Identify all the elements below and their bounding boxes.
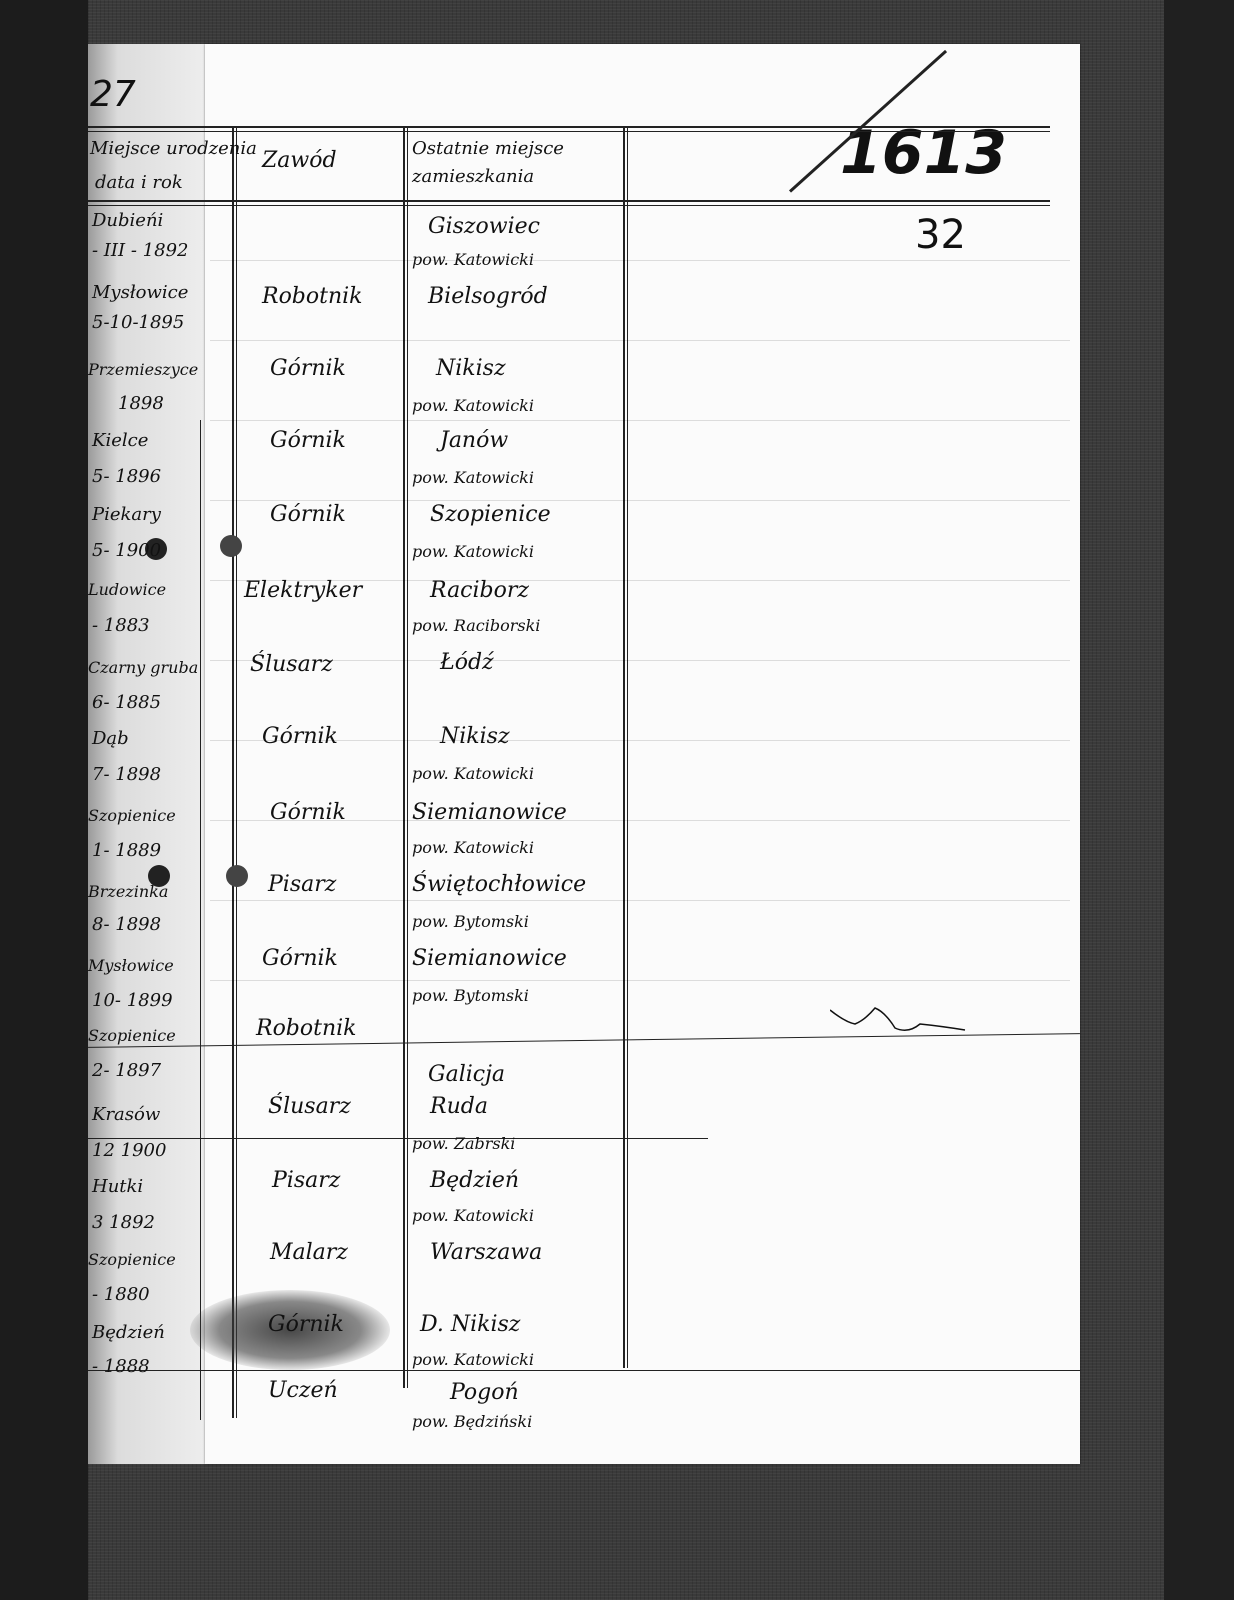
row-birth-date: 1898	[118, 393, 164, 414]
row-birth-place: Ludowice	[88, 580, 166, 599]
column-rule-occupation	[403, 128, 405, 1388]
row-birth-date: 12 1900	[92, 1140, 166, 1161]
row-residence: Siemianowice	[412, 800, 567, 825]
row-birth-date: - 1880	[92, 1284, 150, 1305]
row-birth-place: Dubieńi	[92, 210, 163, 231]
column-rule-residence	[623, 128, 625, 1368]
row-birth-place: Piekary	[92, 504, 161, 525]
row-birth-place: Szopienice	[88, 1026, 176, 1045]
row-birth-date: 5- 1896	[92, 466, 161, 487]
row-district: pow. Katowicki	[412, 1206, 534, 1225]
row-birth-place: Kielce	[92, 430, 148, 451]
row-birth-date: 10- 1899	[92, 990, 173, 1011]
row-residence: Szopienice	[430, 502, 551, 527]
pen-squiggle	[830, 1000, 970, 1040]
row-occupation: Ślusarz	[268, 1094, 351, 1119]
row-residence: Pogoń	[450, 1380, 519, 1405]
row-birth-date: 8- 1898	[92, 914, 161, 935]
row-residence: Będzień	[430, 1168, 519, 1193]
column-rule-left	[200, 420, 201, 1420]
header-occupation: Zawód	[262, 148, 337, 173]
row-birth-place: Szopienice	[88, 1250, 176, 1269]
row-residence: Łódź	[440, 650, 494, 675]
ledger-line	[210, 980, 1070, 981]
row-district: pow. Bytomski	[412, 912, 529, 931]
row-district: pow. Katowicki	[412, 468, 534, 487]
row-occupation: Górnik	[270, 428, 346, 453]
row-residence: Nikisz	[436, 356, 506, 381]
row-birth-date: - III - 1892	[92, 240, 188, 261]
row-district: pow. Katowicki	[412, 396, 534, 415]
row-occupation: Pisarz	[272, 1168, 340, 1193]
row-birth-date: 5-10-1895	[92, 312, 184, 333]
header-birth-line1: Miejsce urodzenia	[90, 138, 257, 159]
row-residence: Raciborz	[430, 578, 529, 603]
row-district: pow. Raciborski	[412, 616, 540, 635]
row-occupation: Górnik	[268, 1312, 344, 1337]
binding-hole	[226, 865, 248, 887]
binding-hole	[220, 535, 242, 557]
row-occupation: Robotnik	[256, 1016, 357, 1041]
row-occupation: Pisarz	[268, 872, 336, 897]
row-birth-date: 7- 1898	[92, 764, 161, 785]
ledger-line	[210, 260, 1070, 261]
row-district: pow. Katowicki	[412, 250, 534, 269]
row-district: pow. Katowicki	[412, 838, 534, 857]
row-birth-date: 1- 1889	[92, 840, 161, 861]
row-residence: Warszawa	[430, 1240, 542, 1265]
row-birth-date: - 1888	[92, 1356, 150, 1377]
row-birth-place: Przemieszyce	[88, 360, 198, 379]
row-occupation: Górnik	[262, 946, 338, 971]
row-occupation: Górnik	[270, 356, 346, 381]
row-birth-date: 5- 1900	[92, 540, 161, 561]
row-birth-place: Dąb	[92, 728, 129, 749]
row-birth-place: Krasów	[92, 1104, 160, 1125]
header-residence-line1: Ostatnie miejsce	[412, 138, 564, 159]
row-residence: D. Nikisz	[420, 1312, 520, 1337]
row-district: pow. Bytomski	[412, 986, 529, 1005]
row-birth-date: 3 1892	[92, 1212, 155, 1233]
folio-number-crossed: 1613	[840, 118, 1007, 188]
row-occupation: Malarz	[270, 1240, 348, 1265]
row-birth-date: - 1883	[92, 615, 150, 636]
row-residence: Galicja	[428, 1062, 505, 1087]
column-rule-residence-2	[627, 128, 628, 1368]
ledger-line	[210, 500, 1070, 501]
page-number: 27	[90, 74, 136, 115]
ledger-line-dark	[88, 1138, 708, 1139]
column-rule-birth-2	[236, 128, 237, 1418]
row-occupation: Elektryker	[244, 578, 362, 603]
row-occupation: Górnik	[270, 502, 346, 527]
row-residence: Świętochłowice	[412, 872, 586, 897]
row-occupation: Robotnik	[262, 284, 363, 309]
header-birth-line2: data i rok	[95, 172, 183, 193]
row-birth-place: Będzień	[92, 1322, 165, 1343]
row-district: pow. Zabrski	[412, 1134, 515, 1153]
ledger-line	[210, 740, 1070, 741]
row-district: pow. Katowicki	[412, 1350, 534, 1369]
row-birth-date: 2- 1897	[92, 1060, 161, 1081]
row-birth-place: Mysłowice	[88, 956, 174, 975]
header-residence-line2: zamieszkania	[412, 166, 534, 187]
film-edge-left	[0, 0, 88, 1600]
row-district: pow. Katowicki	[412, 542, 534, 561]
row-occupation: Górnik	[270, 800, 346, 825]
row-residence: Bielsogród	[428, 284, 548, 309]
column-rule-occupation-2	[407, 128, 408, 1388]
row-district: pow. Będziński	[412, 1412, 532, 1431]
film-edge-right	[1164, 0, 1234, 1600]
row-birth-date: 6- 1885	[92, 692, 161, 713]
row-birth-place: Mysłowice	[92, 282, 188, 303]
column-rule-birth	[232, 128, 234, 1418]
ledger-line	[210, 900, 1070, 901]
row-occupation: Uczeń	[268, 1378, 338, 1403]
ledger-line	[210, 340, 1070, 341]
row-occupation: Ślusarz	[250, 652, 333, 677]
row-residence: Nikisz	[440, 724, 510, 749]
row-birth-place: Hutki	[92, 1176, 143, 1197]
row-residence: Siemianowice	[412, 946, 567, 971]
row-birth-place: Brzezinka	[88, 882, 168, 901]
row-birth-place: Czarny gruba	[88, 658, 198, 677]
row-residence: Giszowiec	[428, 214, 540, 239]
folio-number: 32	[915, 212, 966, 258]
ledger-line	[210, 420, 1070, 421]
row-occupation: Górnik	[262, 724, 338, 749]
row-district: pow. Katowicki	[412, 764, 534, 783]
ledger-line	[210, 660, 1070, 661]
row-residence: Ruda	[430, 1094, 488, 1119]
row-residence: Janów	[440, 428, 508, 453]
ledger-line-dark	[88, 1370, 1080, 1371]
row-birth-place: Szopienice	[88, 806, 176, 825]
